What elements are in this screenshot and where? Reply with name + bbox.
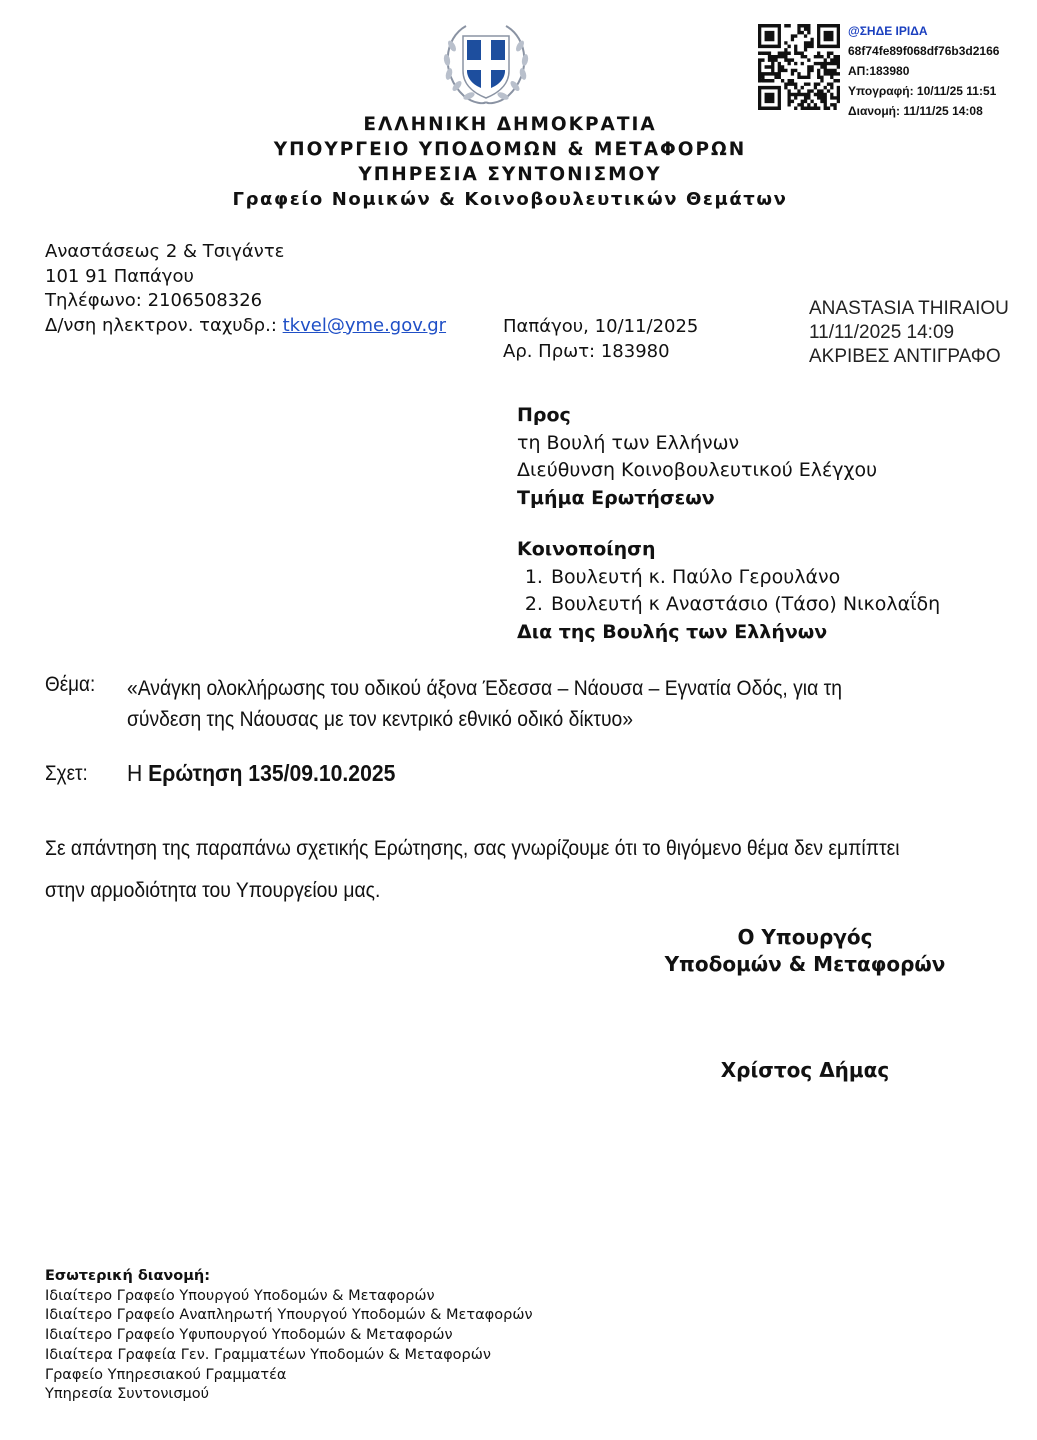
document-date: Παπάγου, 10/11/2025 — [503, 314, 698, 339]
irida-brand: @ΣΗΔΕ ΙΡΙΔΑ — [848, 21, 999, 41]
internal-distribution: Εσωτερική διανομή: Ιδιαίτερο Γραφείο Υπο… — [45, 1267, 533, 1405]
reference-prefix: Η — [127, 760, 148, 786]
distribution-item: Υπηρεσία Συντονισμού — [45, 1385, 533, 1405]
address-phone: Τηλέφωνο: 2106508326 — [45, 289, 446, 314]
cc-block: Κοινοποίηση Βουλευτή κ. Παύλο Γερουλάνο … — [517, 536, 940, 646]
stamp-note: ΑΚΡΙΒΕΣ ΑΝΤΙΓΡΑΦΟ — [809, 345, 1009, 369]
header-ministry: ΥΠΟΥΡΓΕΙΟ ΥΠΟΔΟΜΩΝ & ΜΕΤΑΦΟΡΩΝ — [0, 137, 1020, 162]
distribution-item: Ιδιαίτερο Γραφείο Υφυπουργού Υποδομών & … — [45, 1326, 533, 1346]
recipients-block: Προς τη Βουλή των Ελλήνων Διεύθυνση Κοιν… — [517, 402, 877, 512]
signatory-title: Ο Υπουργός Υποδομών & Μεταφορών — [640, 924, 970, 978]
irida-stamp: @ΣΗΔΕ ΙΡΙΔΑ 68f74fe89f068df76b3d2166 ΑΠ:… — [848, 21, 999, 121]
stamp-name: ANASTASIA THIRAIOU — [809, 297, 1009, 321]
address-email-row: Δ/νση ηλεκτρον. ταχυδρ.: tkvel@yme.gov.g… — [45, 314, 446, 339]
email-link[interactable]: tkvel@yme.gov.gr — [283, 315, 446, 336]
cc-list: Βουλευτή κ. Παύλο Γερουλάνο Βουλευτή κ Α… — [517, 564, 940, 619]
distribution-item: Ιδιαίτερο Γραφείο Υπουργού Υποδομών & Με… — [45, 1287, 533, 1307]
header-service: ΥΠΗΡΕΣΙΑ ΣΥΝΤΟΝΙΣΜΟΥ — [0, 162, 1020, 187]
irida-signature-date: Υπογραφή: 10/11/25 11:51 — [848, 81, 999, 101]
subject-label: Θέμα: — [45, 673, 95, 697]
cc-via: Δια της Βουλής των Ελλήνων — [517, 619, 940, 647]
cc-item: Βουλευτή κ. Παύλο Γερουλάνο — [549, 564, 940, 592]
distribution-item: Ιδιαίτερο Γραφείο Αναπληρωτή Υπουργού Υπ… — [45, 1306, 533, 1326]
signatory-name: Χρίστος Δήμας — [640, 1058, 970, 1082]
protocol-number: Αρ. Πρωτ: 183980 — [503, 339, 698, 364]
distribution-heading: Εσωτερική διανομή: — [45, 1267, 533, 1287]
reference-label: Σχετ: — [45, 762, 88, 786]
signatory-title-line: Υποδομών & Μεταφορών — [640, 951, 970, 978]
signatory-title-line: Ο Υπουργός — [640, 924, 970, 951]
recipient-line: τη Βουλή των Ελλήνων — [517, 430, 877, 458]
distribution-item: Ιδιαίτερα Γραφεία Γεν. Γραμματέων Υποδομ… — [45, 1346, 533, 1366]
reference-text: Η Ερώτηση 135/09.10.2025 — [127, 760, 395, 787]
address-street: Αναστάσεως 2 & Τσιγάντε — [45, 240, 446, 265]
address-postal: 101 91 Παπάγου — [45, 265, 446, 290]
greek-coat-of-arms-icon — [436, 16, 536, 108]
irida-hash: 68f74fe89f068df76b3d2166 — [848, 41, 999, 61]
reference-number: Ερώτηση 135/09.10.2025 — [148, 760, 395, 786]
sender-address: Αναστάσεως 2 & Τσιγάντε 101 91 Παπάγου Τ… — [45, 240, 446, 338]
email-label: Δ/νση ηλεκτρον. ταχυδρ.: — [45, 315, 283, 336]
recipients-heading: Προς — [517, 402, 877, 430]
irida-protocol: ΑΠ:183980 — [848, 61, 999, 81]
certified-copy-stamp: ANASTASIA THIRAIOU 11/11/2025 14:09 ΑΚΡΙ… — [809, 297, 1009, 369]
stamp-datetime: 11/11/2025 14:09 — [809, 321, 1009, 345]
place-date: Παπάγου, 10/11/2025 Αρ. Πρωτ: 183980 — [503, 314, 698, 364]
cc-heading: Κοινοποίηση — [517, 536, 940, 564]
recipient-line: Τμήμα Ερωτήσεων — [517, 485, 877, 513]
cc-item: Βουλευτή κ Αναστάσιο (Τάσο) Νικολαΐδη — [549, 591, 940, 619]
letterhead: ΕΛΛΗΝΙΚΗ ΔΗΜΟΚΡΑΤΙΑ ΥΠΟΥΡΓΕΙΟ ΥΠΟΔΟΜΩΝ &… — [0, 112, 1020, 212]
header-republic: ΕΛΛΗΝΙΚΗ ΔΗΜΟΚΡΑΤΙΑ — [0, 112, 1020, 137]
recipient-line: Διεύθυνση Κοινοβουλευτικού Ελέγχου — [517, 457, 877, 485]
distribution-item: Γραφείο Υπηρεσιακού Γραμματέα — [45, 1366, 533, 1386]
letter-body: Σε απάντηση της παραπάνω σχετικής Ερώτησ… — [45, 828, 928, 912]
qr-code-icon — [758, 24, 840, 110]
header-office: Γραφείο Νομικών & Κοινοβουλευτικών Θεμάτ… — [0, 187, 1020, 212]
subject-text: «Ανάγκη ολοκλήρωσης του οδικού άξονα Έδε… — [127, 673, 918, 735]
